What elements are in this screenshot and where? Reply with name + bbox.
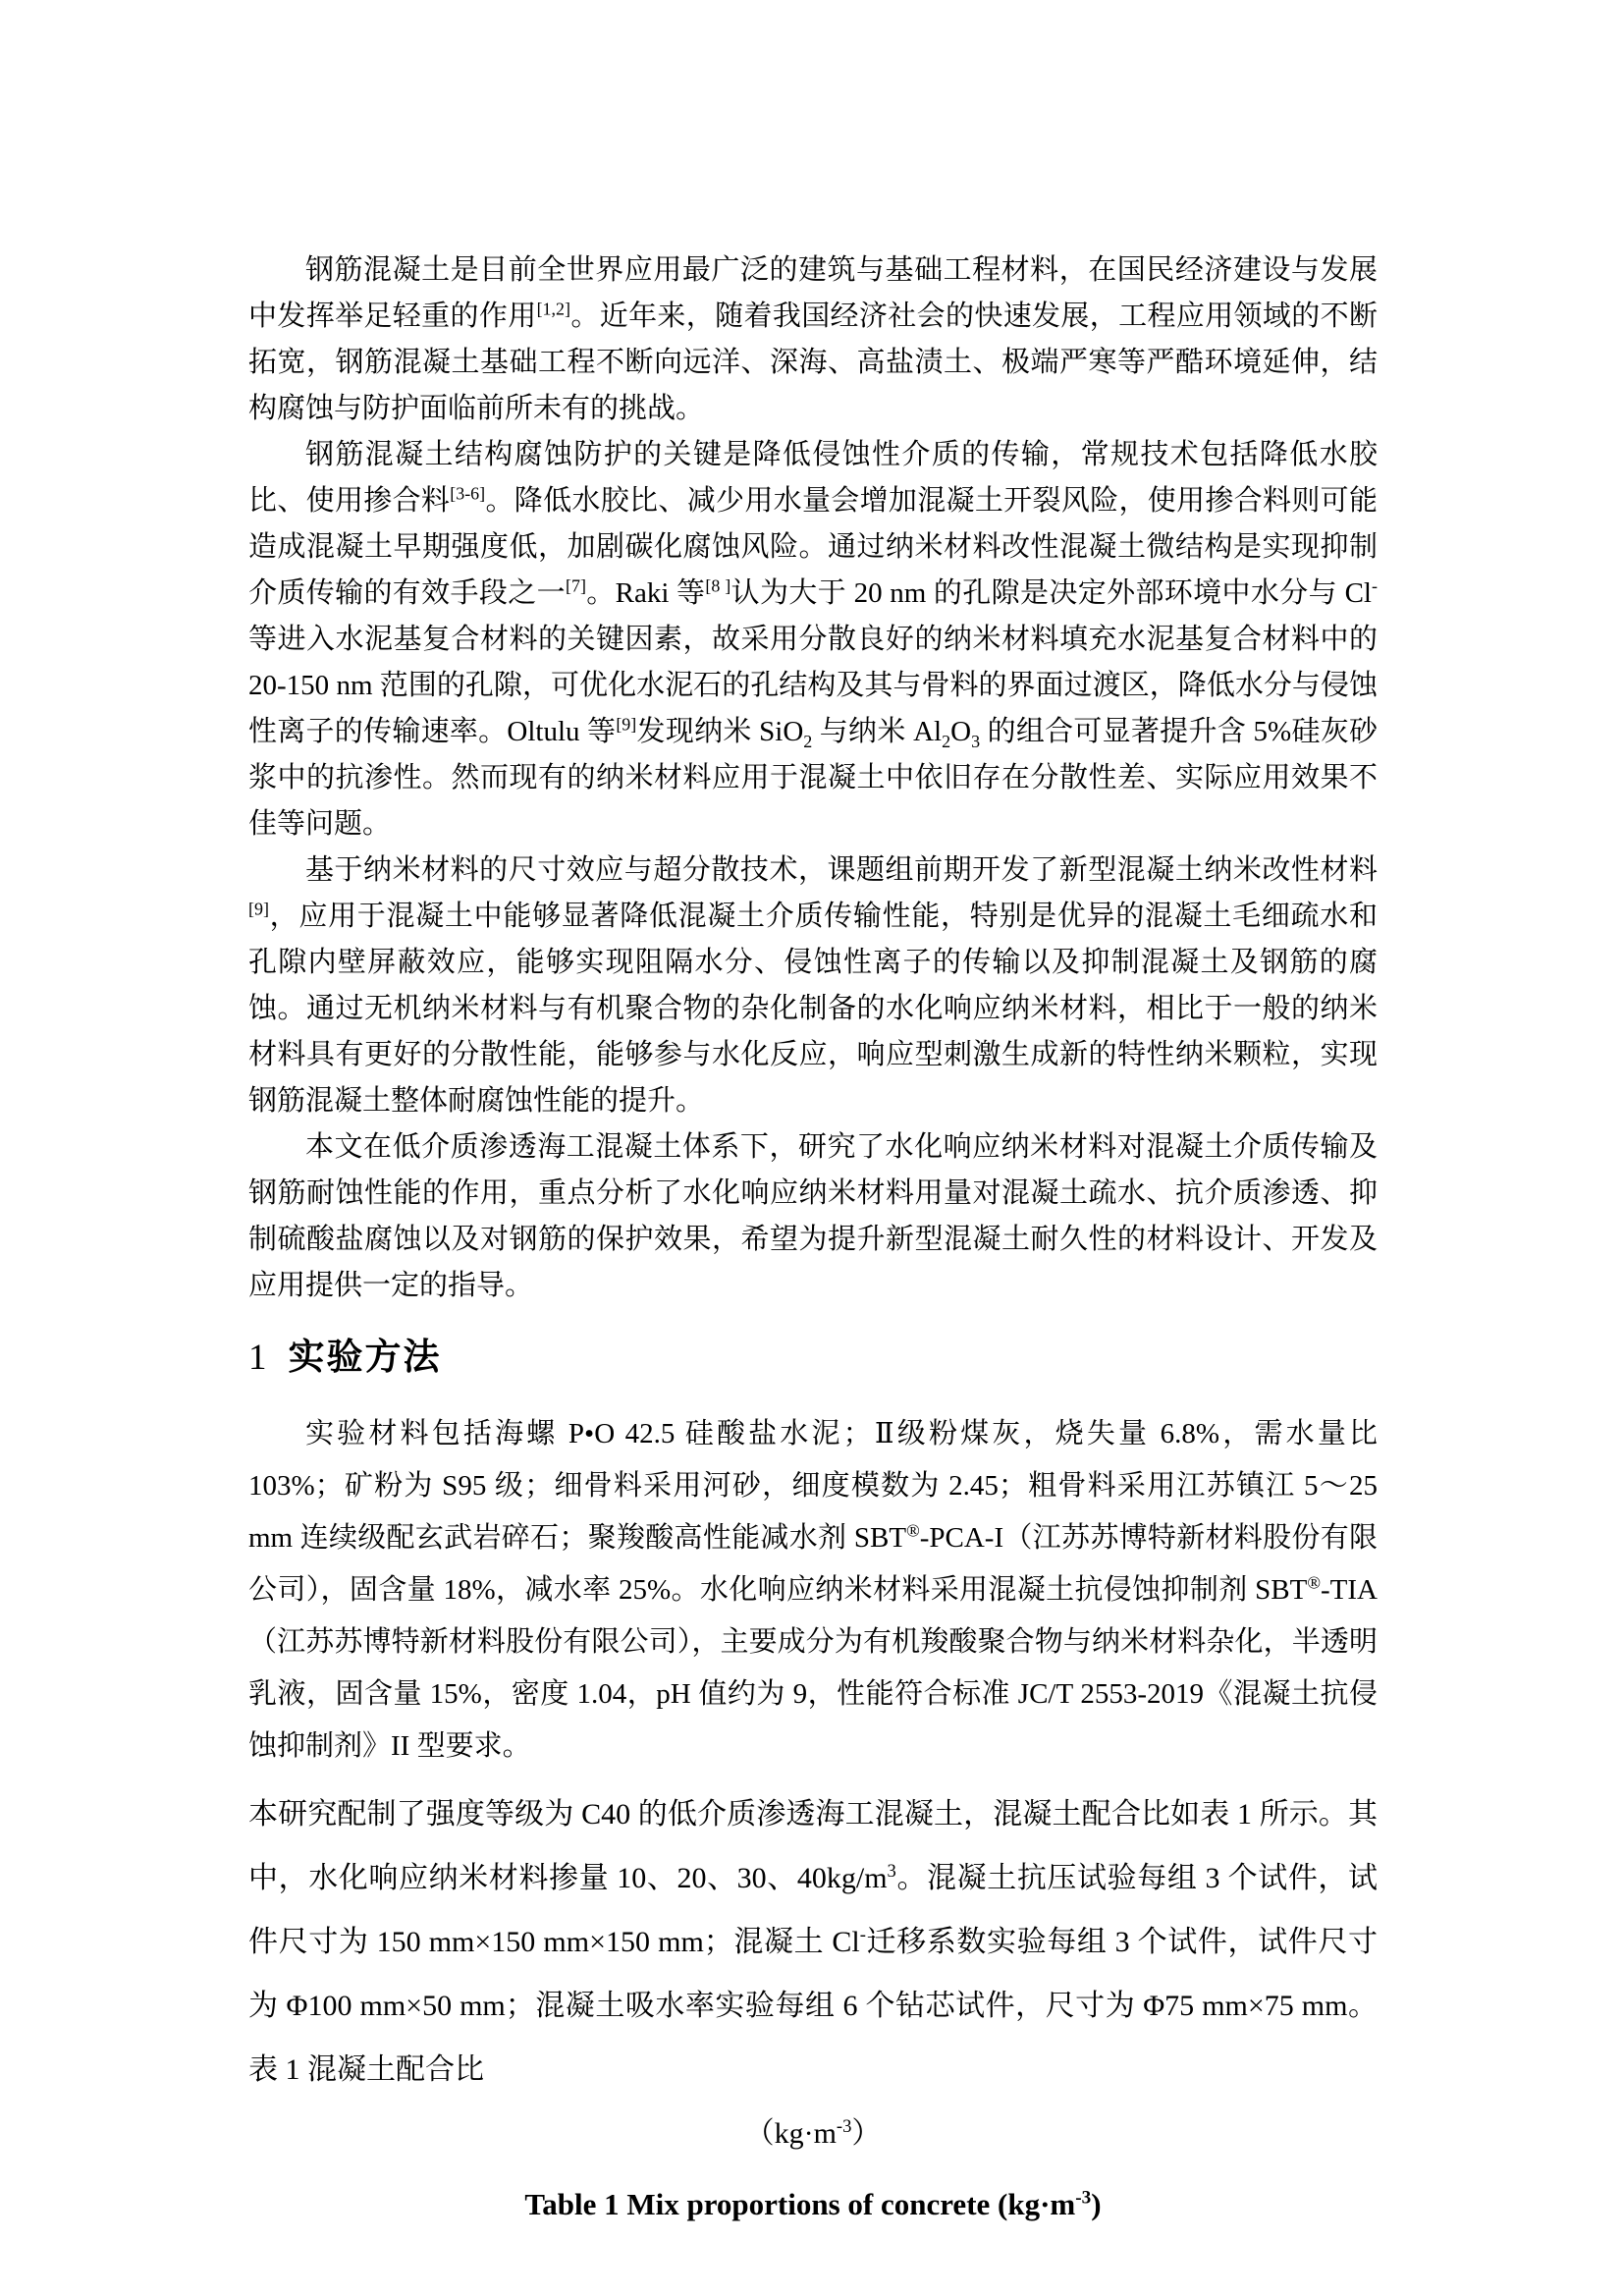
table-caption-english: Table 1 Mix proportions of concrete (kg·…: [248, 2183, 1378, 2226]
paragraph-intro-1: 钢筋混凝土是目前全世界应用最广泛的建筑与基础工程材料，在国民经济建设与发展中发挥…: [248, 247, 1378, 432]
paragraph-methods-materials: 实验材料包括海螺 P•O 42.5 硅酸盐水泥；Ⅱ级粉煤灰，烧失量 6.8%，需…: [248, 1408, 1378, 1773]
paragraph-intro-4: 本文在低介质渗透海工混凝土体系下，研究了水化响应纳米材料对混凝土介质传输及钢筋耐…: [248, 1124, 1378, 1309]
section-title: 实验方法: [289, 1333, 442, 1382]
document-body: 钢筋混凝土是目前全世界应用最广泛的建筑与基础工程材料，在国民经济建设与发展中发挥…: [248, 247, 1378, 2257]
section-number: 1: [248, 1334, 267, 1383]
paragraph-intro-3: 基于纳米材料的尺寸效应与超分散技术，课题组前期开发了新型混凝土纳米改性材料[9]…: [248, 847, 1378, 1124]
paragraph-methods-mix: 本研究配制了强度等级为 C40 的低介质渗透海工混凝土，混凝土配合比如表 1 所…: [248, 1782, 1378, 2102]
document-page: 钢筋混凝土是目前全世界应用最广泛的建筑与基础工程材料，在国民经济建设与发展中发挥…: [0, 0, 1623, 2296]
section-heading-1: 1 实验方法: [248, 1333, 1378, 1383]
table-caption-units: （kg·m-3）: [248, 2102, 1378, 2165]
paragraph-intro-2: 钢筋混凝土结构腐蚀防护的关键是降低侵蚀性介质的传输，常规技术包括降低水胶比、使用…: [248, 432, 1378, 847]
